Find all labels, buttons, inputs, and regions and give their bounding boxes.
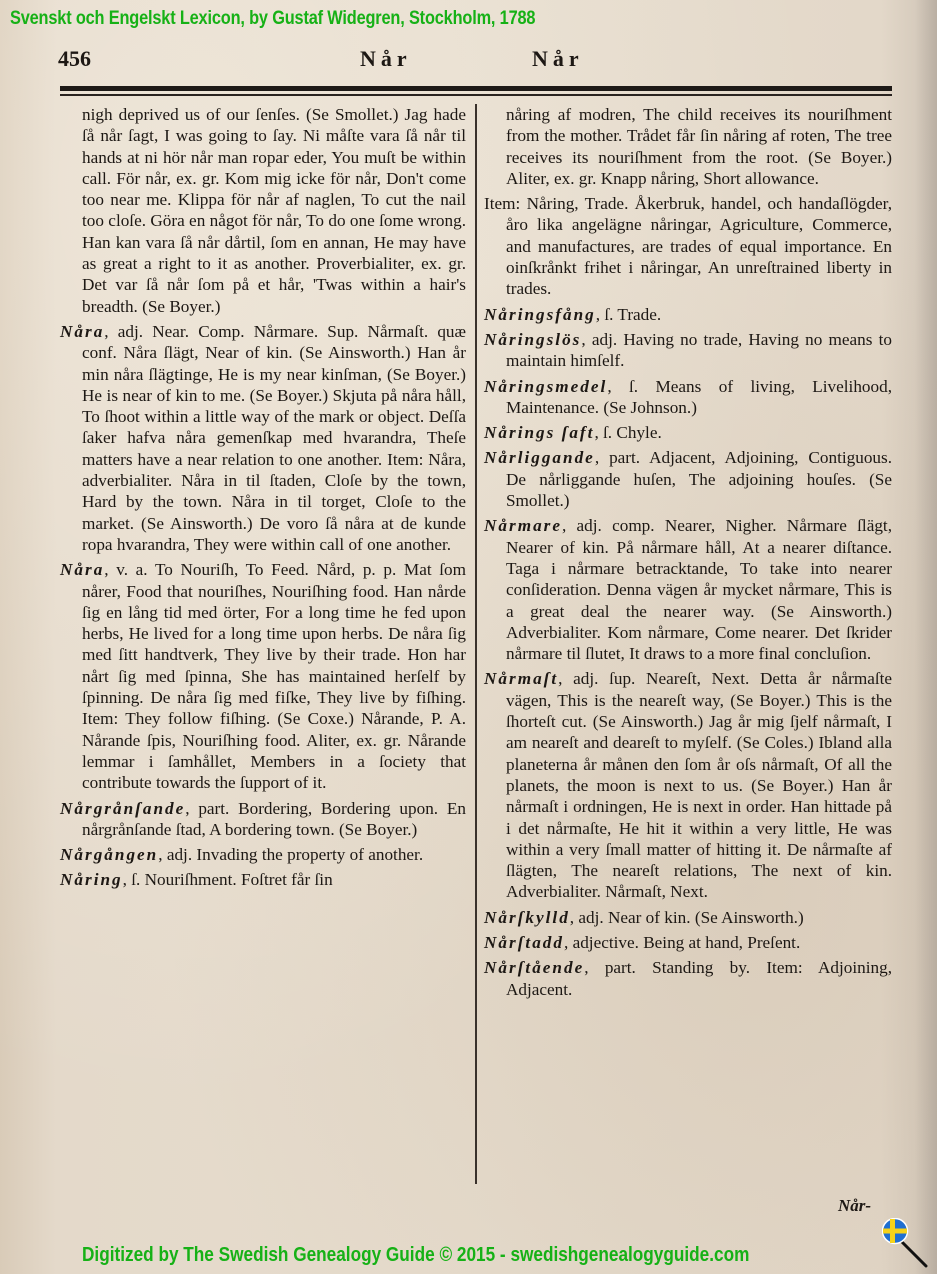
dictionary-entry: Nåra, v. a. To Nouriſh, To Feed. Nård, p… — [60, 559, 466, 793]
swedish-flag-magnifier-icon — [882, 1218, 932, 1268]
headword: Nåringsmedel — [484, 377, 607, 396]
dictionary-entry: Nåringslös, adj. Having no trade, Having… — [484, 329, 892, 372]
dictionary-entry: Nårings ſaft, ſ. Chyle. — [484, 422, 892, 443]
headword: Nårſtadd — [484, 933, 564, 952]
dictionary-entry: Nårſtående, part. Standing by. Item: Adj… — [484, 957, 892, 1000]
dictionary-entry: Nårgången, adj. Invading the property of… — [60, 844, 466, 865]
dictionary-entry: Nåringsmedel, ſ. Means of living, Liveli… — [484, 376, 892, 419]
header-rule-thin — [60, 94, 892, 96]
dictionary-entry: Nårmaſt, adj. ſup. Neareſt, Next. Detta … — [484, 668, 892, 902]
catchword: Når- — [838, 1196, 871, 1216]
page-edge-shadow — [915, 0, 937, 1274]
watermark-credit: Digitized by The Swedish Genealogy Guide… — [82, 1244, 749, 1267]
page-number: 456 — [58, 46, 91, 72]
header-rule-thick — [60, 86, 892, 91]
running-head-right: Når — [532, 46, 584, 72]
dictionary-entry: Nåring, ſ. Nouriſhment. Foſtret får ſin — [60, 869, 466, 890]
dictionary-entry: Item: Nåring, Trade. Åkerbruk, handel, o… — [484, 193, 892, 299]
dictionary-entry: Nårſtadd, adjective. Being at hand, Preſ… — [484, 932, 892, 953]
headword: Nåringslös — [484, 330, 581, 349]
dictionary-entry: Nåringsfång, ſ. Trade. — [484, 304, 892, 325]
headword: Nårings ſaft — [484, 423, 594, 442]
watermark-title: Svenskt och Engelskt Lexicon, by Gustaf … — [10, 8, 535, 30]
headword: Nårſkylld — [484, 908, 570, 927]
right-column: nåring af modren, The child receives its… — [484, 104, 892, 1000]
headword: Nåra — [60, 560, 104, 579]
dictionary-entry: Nårſkylld, adj. Near of kin. (Se Ainswor… — [484, 907, 892, 928]
left-column: nigh deprived us of our ſenſes. (Se Smol… — [60, 104, 466, 891]
dictionary-entry: Nårgrånſande, part. Bordering, Bordering… — [60, 798, 466, 841]
dictionary-entry: nåring af modren, The child receives its… — [484, 104, 892, 189]
dictionary-entry: Nårmare, adj. comp. Nearer, Nigher. Nårm… — [484, 515, 892, 664]
headword: Nårmaſt — [484, 669, 558, 688]
headword: Nårgången — [60, 845, 158, 864]
dictionary-entry: Nårliggande, part. Adjacent, Adjoining, … — [484, 447, 892, 511]
dictionary-entry: Nåra, adj. Near. Comp. Nårmare. Sup. Når… — [60, 321, 466, 555]
headword: Nårgrånſande — [60, 799, 185, 818]
headword: Nårmare — [484, 516, 562, 535]
headword: Nåra — [60, 322, 104, 341]
headword: Nåringsfång — [484, 305, 596, 324]
headword: Nårliggande — [484, 448, 595, 467]
column-divider — [475, 104, 477, 1184]
headword: Nåring — [60, 870, 123, 889]
running-head-left: Når — [360, 46, 412, 72]
headword: Nårſtående — [484, 958, 584, 977]
dictionary-entry: nigh deprived us of our ſenſes. (Se Smol… — [60, 104, 466, 317]
